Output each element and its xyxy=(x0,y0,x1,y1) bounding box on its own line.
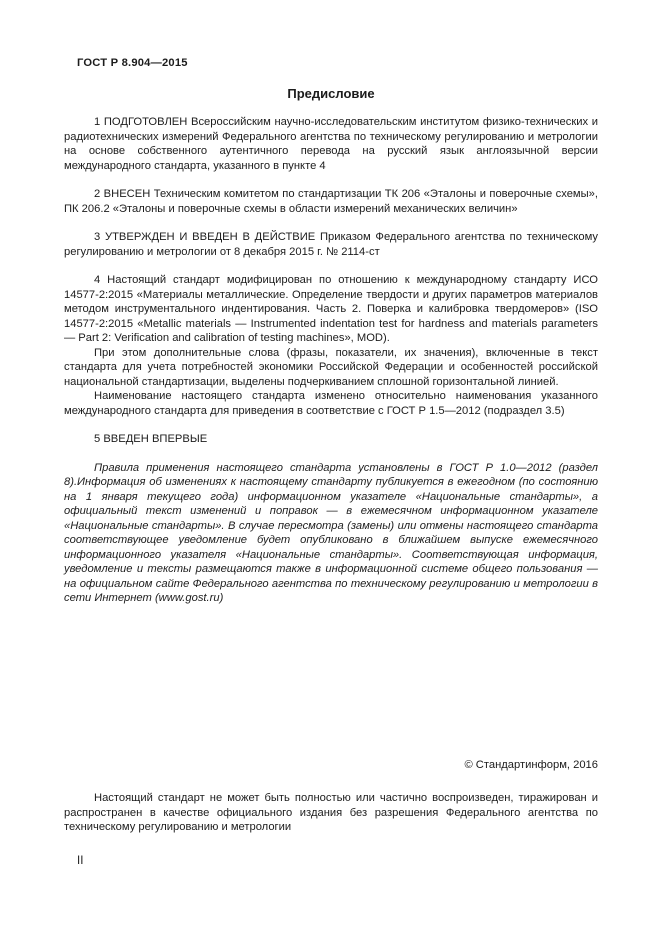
foreword-item-3: 3 УТВЕРЖДЕН И ВВЕДЕН В ДЕЙСТВИЕ Приказом… xyxy=(64,230,598,259)
document-page: ГОСТ Р 8.904—2015 Предисловие 1 ПОДГОТОВ… xyxy=(0,0,661,936)
page-content: ГОСТ Р 8.904—2015 Предисловие 1 ПОДГОТОВ… xyxy=(64,0,598,606)
page-title: Предисловие xyxy=(64,86,598,101)
reproduction-notice: Настоящий стандарт не может быть полност… xyxy=(64,791,598,835)
page-number: II xyxy=(77,855,83,867)
foreword-item-4: 4 Настоящий стандарт модифицирован по от… xyxy=(64,273,598,346)
copyright-line: © Стандартинформ, 2016 xyxy=(464,759,598,771)
foreword-item-4-note-2: Наименование настоящего стандарта измене… xyxy=(64,389,598,418)
foreword-item-4-note-1: При этом дополнительные слова (фразы, по… xyxy=(64,346,598,390)
application-rules-paragraph: Правила применения настоящего стандарта … xyxy=(64,461,598,606)
foreword-item-5: 5 ВВЕДЕН ВПЕРВЫЕ xyxy=(64,432,598,447)
foreword-item-2: 2 ВНЕСЕН Техническим комитетом по станда… xyxy=(64,187,598,216)
foreword-item-1: 1 ПОДГОТОВЛЕН Всероссийским научно-иссле… xyxy=(64,115,598,173)
standard-code-header: ГОСТ Р 8.904—2015 xyxy=(77,57,598,69)
